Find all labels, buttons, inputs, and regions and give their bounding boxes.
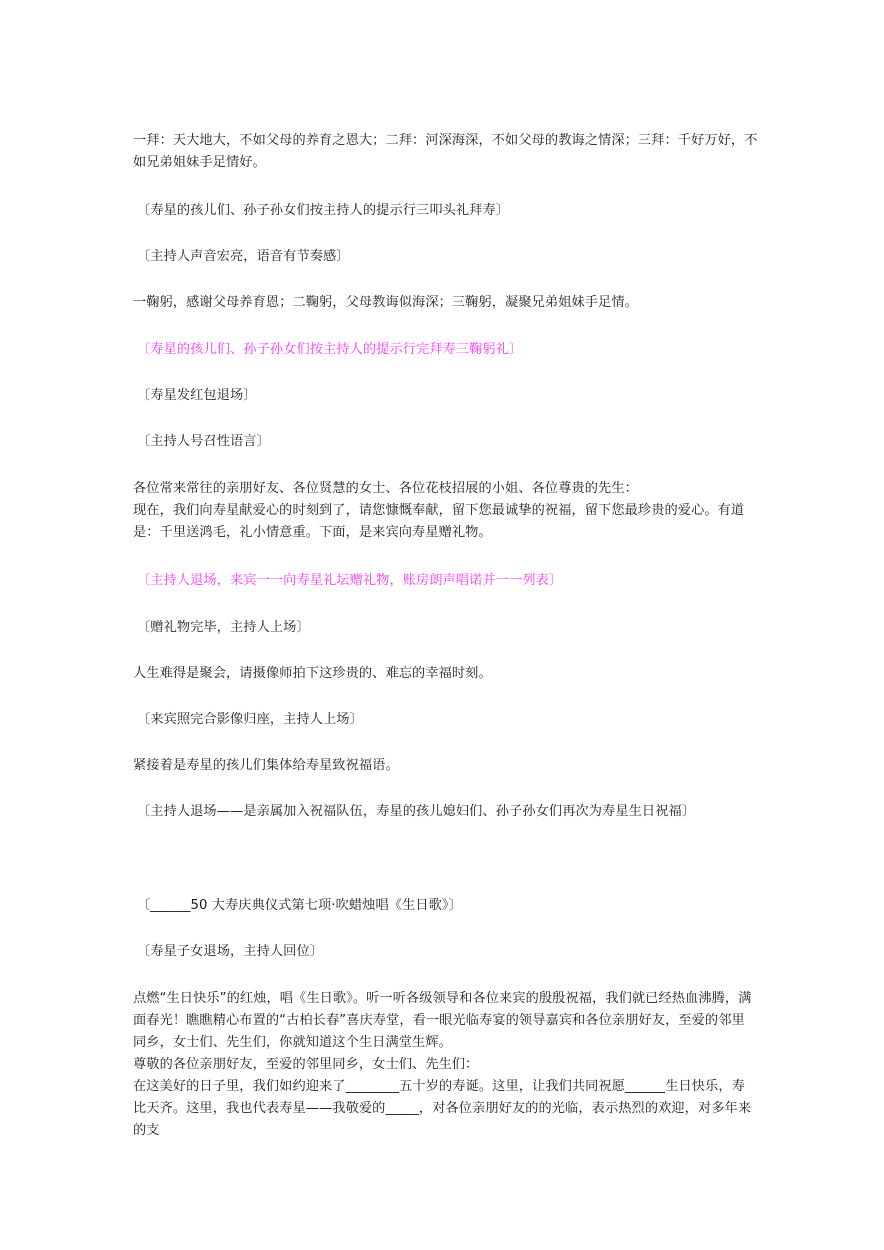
paragraph-birthday-song: 点燃“生日快乐”的红烛，唱《生日歌》。听一听各级领导和各位来宾的殷殷祝福，我们就… bbox=[133, 988, 758, 1054]
stage-direction-host-voice: 〔主持人声音宏亮，语音有节奏感〕 bbox=[137, 246, 762, 268]
paragraph-three-bows-thanks: 一鞠躬，感谢父母养育恩；二鞠躬，父母教诲似海深；三鞠躬，凝聚兄弟姐妹手足情。 bbox=[133, 292, 758, 314]
section-heading-candles: 〔______50 大寿庆典仪式第七项·吹蜡烛唱《生日歌》〕 bbox=[137, 895, 762, 917]
stage-direction-photo-done: 〔来宾照完合影像归座，主持人上场〕 bbox=[137, 709, 762, 731]
stage-direction-red-envelope: 〔寿星发红包退场〕 bbox=[137, 385, 762, 407]
paragraph-gift-moment: 现在，我们向寿星献爱心的时刻到了，请您慷慨奉献，留下您最诚挚的祝福，留下您最珍贵… bbox=[133, 500, 758, 544]
stage-direction-gifts-done: 〔赠礼物完毕，主持人上场〕 bbox=[137, 617, 762, 639]
document-page: 一拜：天大地大，不如父母的养育之恩大；二拜：河深海深，不如父母的教诲之情深；三拜… bbox=[0, 0, 884, 1250]
paragraph-photo-moment: 人生难得是聚会，请摄像师拍下这珍贵的、难忘的幸福时刻。 bbox=[133, 663, 758, 685]
paragraph-greeting-guests: 各位常来常往的亲朋好友、各位贤慧的女士、各位花枝招展的小姐、各位尊贵的先生： bbox=[133, 478, 758, 500]
stage-direction-highlight-gifts: 〔主持人退场，来宾一一向寿星礼坛赠礼物，账房朗声唱诺并一一列表〕 bbox=[137, 570, 762, 592]
stage-direction-highlight-bow: 〔寿星的孩儿们、孙子孙女们按主持人的提示行完拜寿三鞠躬礼〕 bbox=[137, 339, 762, 361]
paragraph-fiftieth-birthday: 在这美好的日子里，我们如约迎来了________五十岁的寿诞。这里，让我们共同祝… bbox=[133, 1076, 758, 1142]
stage-direction-relatives-blessing: 〔主持人退场——是亲属加入祝福队伍，寿星的孩儿媳妇们、孙子孙女们再次为寿星生日祝… bbox=[137, 801, 762, 823]
stage-direction-host-call: 〔主持人号召性语言〕 bbox=[137, 431, 762, 453]
paragraph-three-bows: 一拜：天大地大，不如父母的养育之恩大；二拜：河深海深，不如父母的教诲之情深；三拜… bbox=[133, 130, 758, 174]
paragraph-children-blessing: 紧接着是寿星的孩儿们集体给寿星致祝福语。 bbox=[133, 755, 758, 777]
stage-direction-kowtow: 〔寿星的孩儿们、孙子孙女们按主持人的提示行三叩头礼拜寿〕 bbox=[137, 200, 762, 222]
stage-direction-children-exit: 〔寿星子女退场，主持人回位〕 bbox=[137, 941, 762, 963]
paragraph-respected-guests: 尊敬的各位亲朋好友，至爱的邻里同乡，女士们、先生们： bbox=[133, 1054, 758, 1076]
